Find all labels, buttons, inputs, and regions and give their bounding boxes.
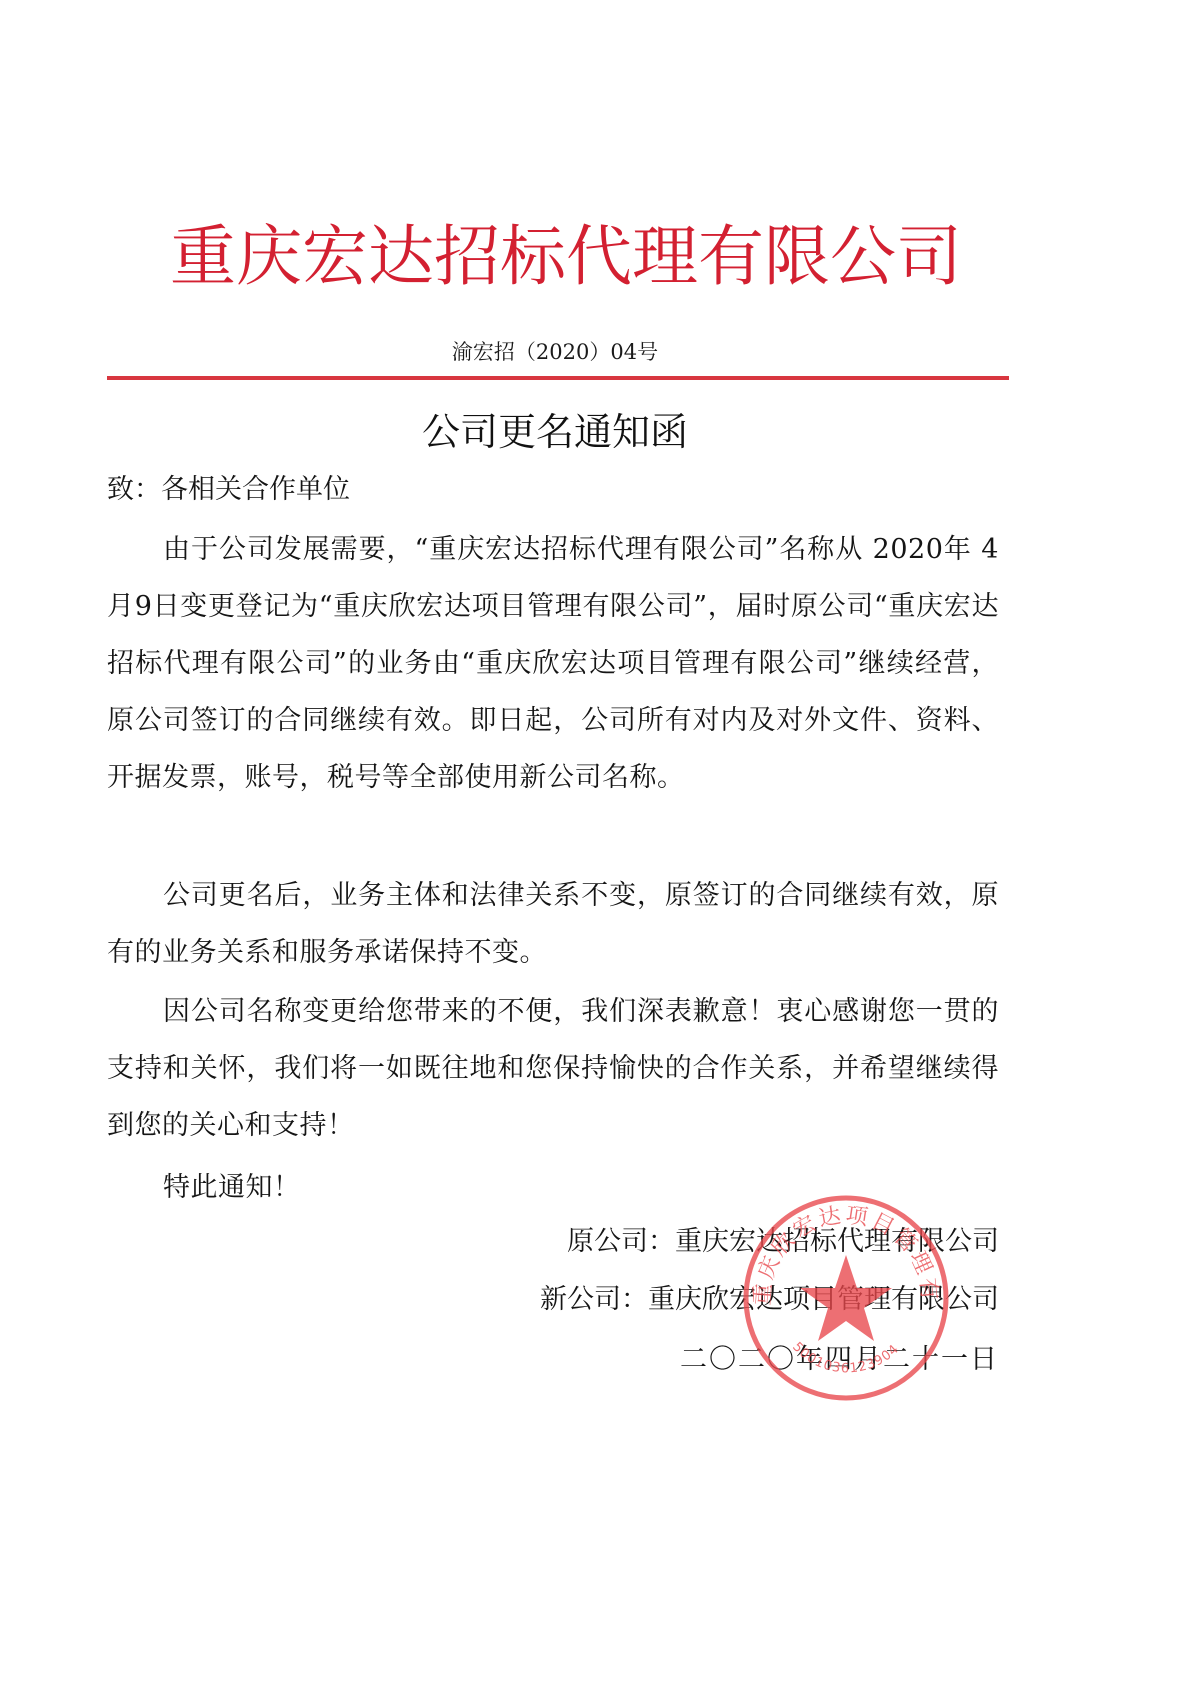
salutation: 致：各相关合作单位 bbox=[107, 470, 999, 510]
old-company-name: 重庆宏达招标代理有限公司 bbox=[675, 1226, 999, 1257]
old-company-label: 原公司： bbox=[567, 1226, 675, 1257]
paragraph-legal-relations: 公司更名后，业务主体和法律关系不变，原签订的合同继续有效，原有的业务关系和服务承… bbox=[107, 867, 999, 981]
paragraph-apology-thanks: 因公司名称变更给您带来的不便，我们深表歉意！衷心感谢您一贯的支持和关怀，我们将一… bbox=[107, 983, 999, 1154]
letterhead-company-name: 重庆宏达招标代理有限公司 bbox=[170, 212, 930, 302]
signature-old-company: 原公司：重庆宏达招标代理有限公司 bbox=[567, 1222, 999, 1262]
new-company-label: 新公司： bbox=[540, 1284, 648, 1315]
signature-new-company: 新公司：重庆欣宏达项目管理有限公司 bbox=[540, 1280, 999, 1320]
document-number: 渝宏招（2020）04号 bbox=[0, 336, 1110, 368]
new-company-name: 重庆欣宏达项目管理有限公司 bbox=[648, 1284, 999, 1315]
red-divider-line bbox=[107, 376, 1009, 380]
document-page: 重庆宏达招标代理有限公司 渝宏招（2020）04号 公司更名通知函 致：各相关合… bbox=[0, 0, 1191, 1685]
signature-date: 二〇二〇年四月二十一日 bbox=[680, 1340, 999, 1380]
document-title: 公司更名通知函 bbox=[0, 404, 1110, 460]
paragraph-rename-notice: 由于公司发展需要，“重庆宏达招标代理有限公司”名称从 2020年 4 月9日变更… bbox=[107, 521, 999, 806]
paragraph-closing: 特此通知！ bbox=[107, 1159, 999, 1216]
